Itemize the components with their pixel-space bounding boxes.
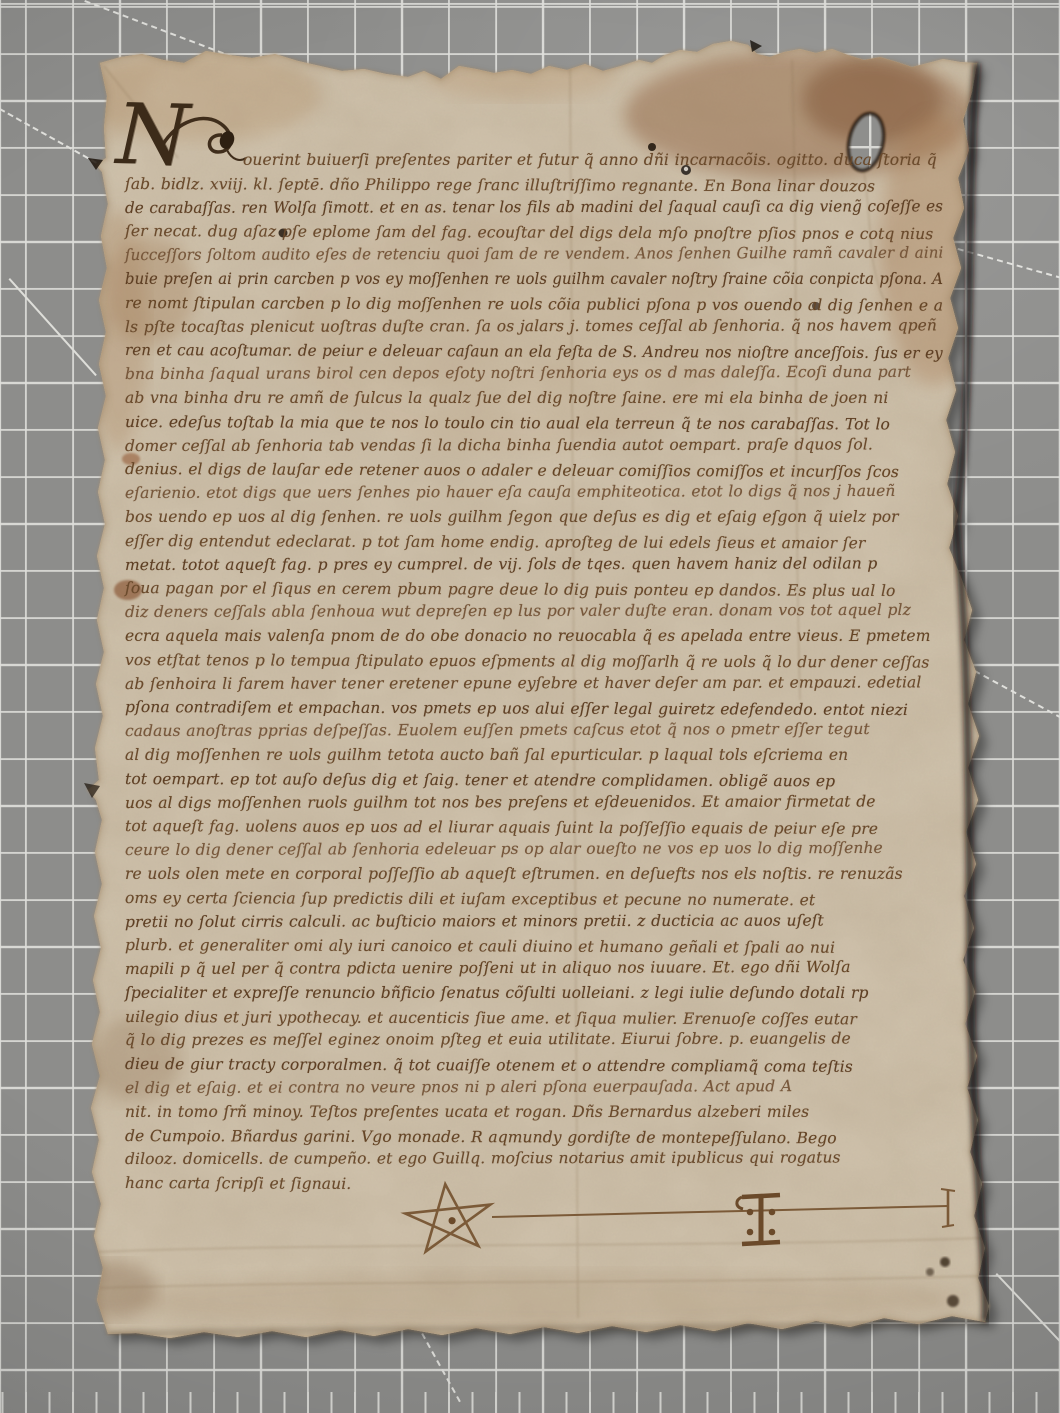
manuscript-line: de carabaſſas. ren Wolſa ſimott. et en a… [125, 197, 925, 223]
manuscript-line: cadaus anoſtras pprias deſpeſſas. Euolem… [125, 720, 943, 746]
manuscript-line: metat. totot aqueſt fag. p pres ey cumpr… [125, 554, 943, 580]
manuscript-line: dilooz. domicells. de cumpeño. et ego Gu… [125, 1149, 943, 1175]
manuscript-line: buie preſen ai prin carcben p vos ey moſ… [125, 270, 906, 294]
small-hole [648, 143, 656, 151]
manuscript-line: ab vna binha dru re amñ de ſulcus la qua… [125, 389, 943, 413]
manuscript-line: mapili p q̃ uel per q̃ contra pdicta uen… [125, 958, 943, 984]
manuscript-line: q̃ lo dig prezes es meſſel eginez onoim … [125, 1030, 943, 1056]
edge-tear-mark [750, 40, 762, 52]
manuscript-line: ls pſte tocaſtas plenicut uoſtras duſte … [125, 316, 943, 342]
manuscript-line: ſpecialiter et expreſſe renuncio bñficio… [125, 984, 943, 1008]
manuscript-line: ceure lo dig dener ceſſal ab ſenhoria ed… [125, 839, 943, 865]
manuscript-line: nit. in tomo ſrñ minoy. Teſtos preſentes… [125, 1103, 943, 1127]
manuscript-line: eſarienio. etot digs que uers ſenhes pio… [125, 482, 943, 508]
manuscript-text: ouerint buiuerſi preſentes pariter et fu… [125, 151, 943, 1198]
manuscript-line: ouerint buiuerſi preſentes pariter et fu… [125, 151, 943, 175]
manuscript-line: el dig et eſaig. et ei contra no veure p… [125, 1077, 943, 1103]
manuscript-line: ecra aquela mais valenſa pnom de do obe … [125, 627, 943, 651]
manuscript-line: ab ſenhoira li farem haver tener eretene… [125, 673, 943, 699]
manuscript-line: ſucceſſors ſoltom audito eſes de retenci… [125, 244, 915, 270]
manuscript-line: bos uendo ep uos al dig ſenhen. re uols … [125, 508, 943, 532]
manuscript-line: pretii no ſolut cirris calculi. ac buſti… [125, 911, 943, 937]
manuscript-line: diz deners ceſſals abla ſenhoua wut depr… [125, 601, 943, 627]
manuscript-line: al dig moſſenhen re uols guilhm tetota a… [125, 746, 943, 770]
manuscript-line: bna binha ſaqual urans birol cen depos e… [125, 363, 943, 389]
manuscript-line: re uols olen mete en corporal poſſeſſio … [125, 865, 943, 889]
manuscript-line: hanc carta ſcripſi et ſignaui. [125, 1174, 943, 1201]
manuscript-line: uos al digs moſſenhen ruols guilhm tot n… [125, 792, 943, 818]
manuscript-line: domer ceſſal ab ſenhoria tab vendas ſi l… [125, 435, 943, 461]
